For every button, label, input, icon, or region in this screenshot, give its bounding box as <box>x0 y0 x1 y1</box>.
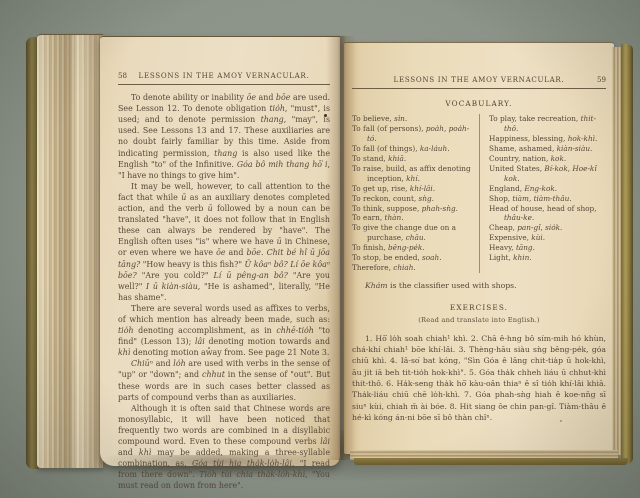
vocab-entry: To fall (of things), ka-la̍uh. <box>352 144 472 154</box>
paragraph: To denote ability or inability ōe and bō… <box>118 92 330 181</box>
vocab-entry: Country, nation, kok. <box>489 154 606 164</box>
page-number-right: 59 <box>597 74 606 85</box>
classifier-note: Khám is the classifier used with shops. <box>352 280 606 291</box>
running-title-right: LESSONS IN THE AMOY VERNACULAR. <box>394 75 565 84</box>
vocab-entry: To finish, bêng-pe̍k. <box>352 243 472 253</box>
vocab-entry: To stand, khiā. <box>352 154 472 164</box>
vocab-entry: Cheap, pan-gî, sio̍k. <box>489 223 606 233</box>
running-title-left: LESSONS IN THE AMOY VERNACULAR. <box>139 71 310 80</box>
exercises-subheading: (Read and translate into English.) <box>352 315 606 326</box>
vocab-entry: Expensive, kùi. <box>489 233 606 243</box>
vocab-entry: Therefore, chiah. <box>352 263 472 273</box>
left-page-content: 58 LESSONS IN THE AMOY VERNACULAR. To de… <box>118 70 330 491</box>
vocab-entry: To play, take recreation, thit-thô. <box>489 114 606 134</box>
book-cover-bottom-edge <box>354 458 628 465</box>
vocab-entry: To believe, sìn. <box>352 114 472 124</box>
paragraph: Chiūⁿ and lo̍h are used with verbs in th… <box>118 358 330 402</box>
vocab-entry: To raise, build, as affix denoting incep… <box>352 164 472 184</box>
vocabulary-right-column: To play, take recreation, thit-thô. Happ… <box>479 114 606 273</box>
vocab-entry: To reckon, count, sǹg. <box>352 194 472 204</box>
vocab-entry: To earn, thàn. <box>352 213 472 223</box>
vocab-entry: Shame, ashamed, kiàn-siàu. <box>489 144 606 154</box>
vocab-entry: Shop, tiàm, tiàm-thâu. <box>489 194 606 204</box>
open-book-photo: 58 LESSONS IN THE AMOY VERNACULAR. To de… <box>0 0 640 498</box>
vocab-entry: To fall (of persons), poa̍h, poa̍h-tó. <box>352 124 472 144</box>
paragraph: There are several words used as affixes … <box>118 303 330 358</box>
vocab-entry: United States, Bí-kok, Hoe-kî kok. <box>489 164 606 184</box>
right-page-content: LESSONS IN THE AMOY VERNACULAR. 59 VOCAB… <box>352 74 606 423</box>
paragraph: Although it is often said that Chinese w… <box>118 403 330 492</box>
vocab-entry: Happiness, blessing, hok-khì. <box>489 134 606 144</box>
vocabulary-table: To believe, sìn. To fall (of persons), p… <box>352 114 606 273</box>
page-number-left: 58 <box>118 70 127 81</box>
vocab-entry: Heavy, tāng. <box>489 243 606 253</box>
exercises-heading: EXERCISES. <box>352 302 606 313</box>
vocab-entry: To stop, be ended, soah. <box>352 253 472 263</box>
right-page-header: LESSONS IN THE AMOY VERNACULAR. 59 <box>352 74 606 89</box>
exercises-text: 1. Hō͘ lo̍h soah chiah¹ khì. 2. Chā ê-hn… <box>352 333 606 424</box>
vocab-entry: To give the change due on a purchase, ch… <box>352 223 472 243</box>
left-page-stack <box>37 34 103 468</box>
vocabulary-left-column: To believe, sìn. To fall (of persons), p… <box>352 114 479 273</box>
left-page-header: 58 LESSONS IN THE AMOY VERNACULAR. <box>118 70 330 85</box>
vocab-entry: To think, suppose, phah-sǹg. <box>352 204 472 214</box>
vocabulary-heading: VOCABULARY. <box>352 98 606 109</box>
vocab-entry: To get up, rise, khí-lâi. <box>352 184 472 194</box>
vocab-entry: Light, khin. <box>489 253 606 263</box>
vocab-entry: England, Eng-kok. <box>489 184 606 194</box>
vocab-entry: Head of house, head of shop, thâu-ke. <box>489 204 606 224</box>
book-cover-right-edge <box>621 44 633 464</box>
paragraph: It may be well, however, to call attenti… <box>118 181 330 303</box>
